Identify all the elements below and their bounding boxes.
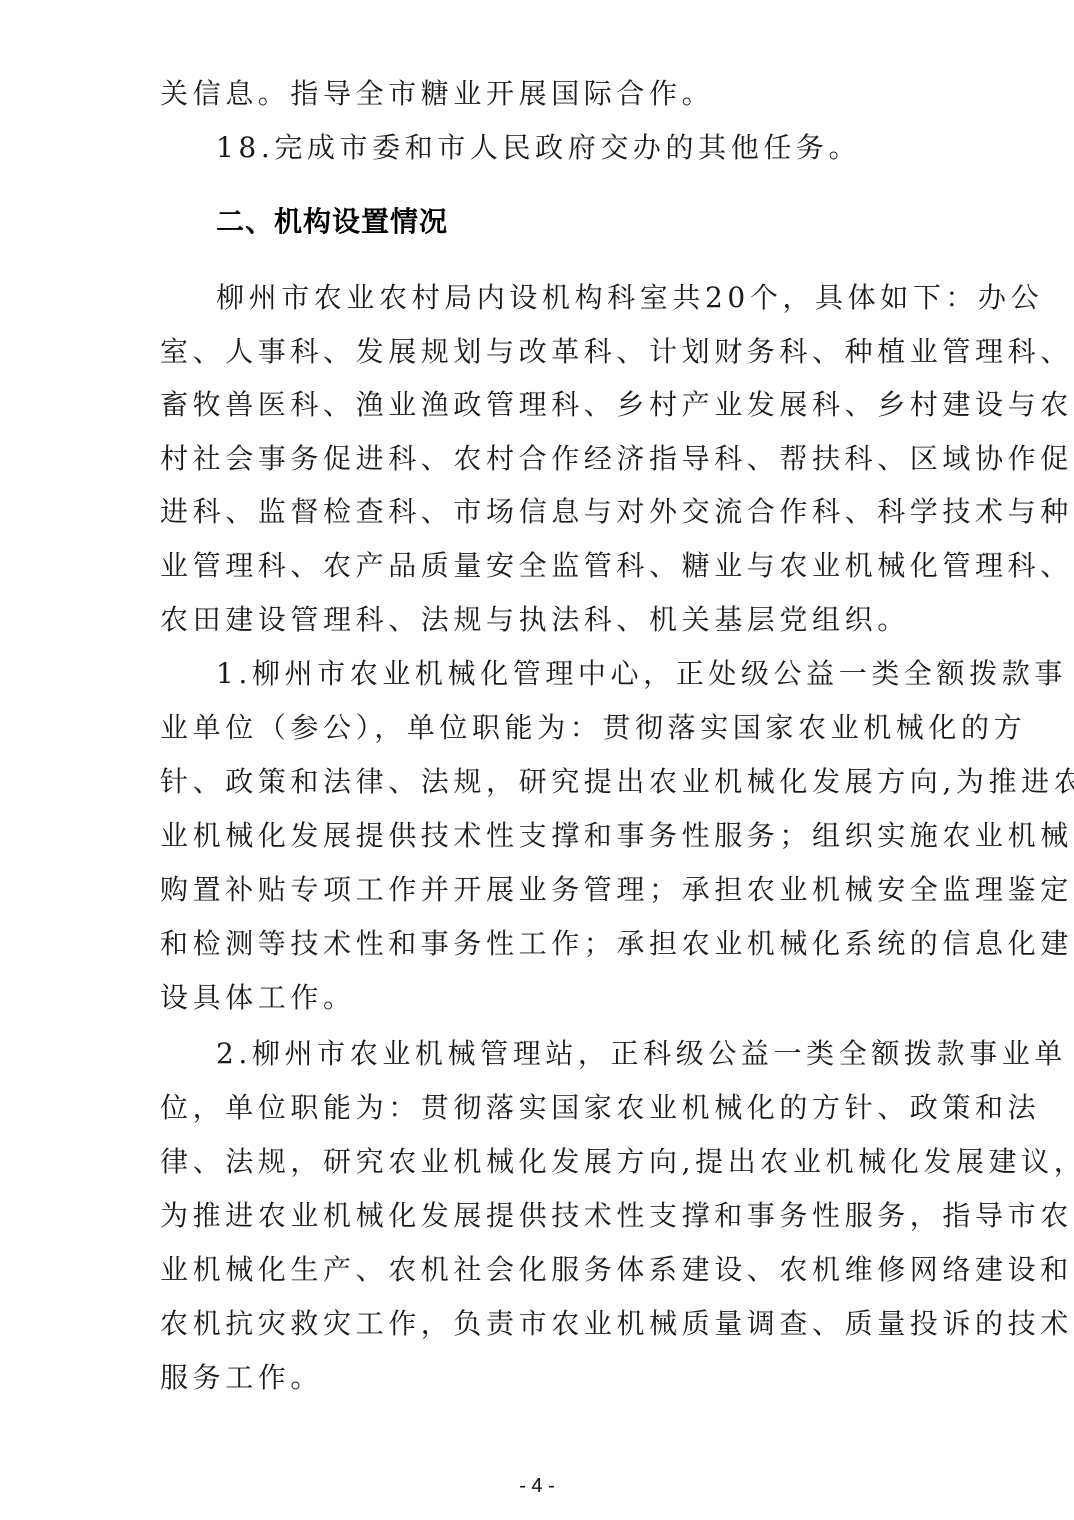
paragraph-line: 业机械化生产、农机社会化服务体系建设、农机维修网络建设和 — [160, 1252, 930, 1288]
paragraph-line: 律、法规，研究农业机械化发展方向,提出农业机械化发展建议， — [160, 1144, 930, 1180]
paragraph-line: 室、人事科、发展规划与改革科、计划财务科、种植业管理科、 — [160, 334, 930, 370]
paragraph-line: 2.柳州市农业机械管理站，正科级公益一类全额拨款事业单 — [216, 1036, 930, 1072]
paragraph-line: 农田建设管理科、法规与执法科、机关基层党组织。 — [160, 602, 930, 638]
paragraph-line: 畜牧兽医科、渔业渔政管理科、乡村产业发展科、乡村建设与农 — [160, 387, 930, 423]
paragraph-line: 针、政策和法律、法规，研究提出农业机械化发展方向,为推进农 — [160, 764, 930, 800]
paragraph-line: 1.柳州市农业机械化管理中心，正处级公益一类全额拨款事 — [216, 656, 930, 692]
paragraph-line: 业机械化发展提供技术性支撑和事务性服务；组织实施农业机械 — [160, 818, 930, 854]
paragraph-line: 业单位（参公），单位职能为：贯彻落实国家农业机械化的方 — [160, 710, 930, 746]
paragraph-line: 购置补贴专项工作并开展业务管理；承担农业机械安全监理鉴定 — [160, 872, 930, 908]
paragraph-line: 位，单位职能为：贯彻落实国家农业机械化的方针、政策和法 — [160, 1090, 930, 1126]
paragraph-line: 为推进农业机械化发展提供技术性支撑和事务性服务，指导市农 — [160, 1198, 930, 1234]
paragraph-line: 服务工作。 — [160, 1360, 930, 1396]
list-item-18: 18.完成市委和市人民政府交办的其他任务。 — [216, 130, 930, 166]
paragraph-line: 设具体工作。 — [160, 980, 930, 1016]
paragraph-line: 业管理科、农产品质量安全监管科、糖业与农业机械化管理科、 — [160, 548, 930, 584]
paragraph-line: 和检测等技术性和事务性工作；承担农业机械化系统的信息化建 — [160, 926, 930, 962]
paragraph-line: 农机抗灾救灾工作，负责市农业机械质量调查、质量投诉的技术 — [160, 1306, 930, 1342]
section-heading: 二、机构设置情况 — [216, 204, 448, 240]
document-page: 关信息。指导全市糖业开展国际合作。 18.完成市委和市人民政府交办的其他任务。 … — [0, 0, 1074, 1520]
paragraph-line: 村社会事务促进科、农村合作经济指导科、帮扶科、区域协作促 — [160, 441, 930, 477]
paragraph-line: 关信息。指导全市糖业开展国际合作。 — [160, 76, 930, 112]
page-number: - 4 - — [0, 1474, 1074, 1498]
paragraph-line: 进科、监督检查科、市场信息与对外交流合作科、科学技术与种 — [160, 494, 930, 530]
paragraph-line: 柳州市农业农村局内设机构科室共20个，具体如下：办公 — [216, 280, 930, 316]
